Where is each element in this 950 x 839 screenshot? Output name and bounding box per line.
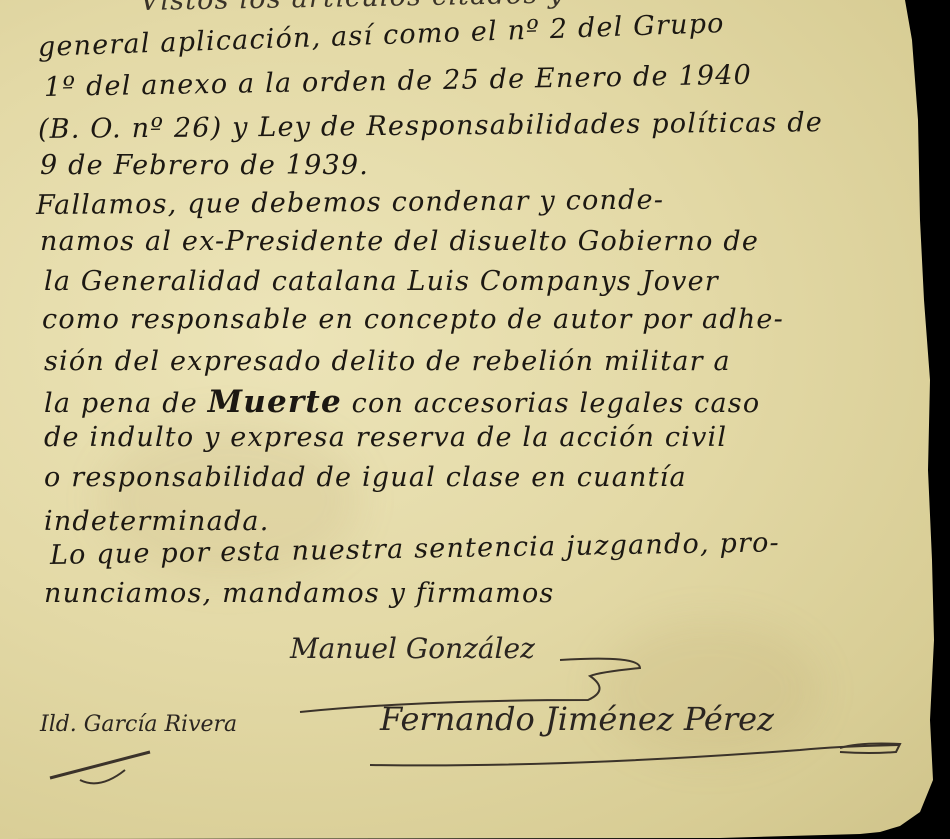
signature-bottom-right: Fernando Jiménez Pérez [380,700,774,738]
text-line-7: namos al ex-Presidente del disuelto Gobi… [40,226,759,257]
text-line-16: nunciamos, mandamos y firmamos [44,578,554,609]
signature-top: Manuel González [290,632,535,665]
text-line-13: o responsabilidad de igual clase en cuan… [44,462,687,493]
aged-paper-sheet: Vistos los artículos citados y general a… [0,0,950,839]
text-line-12: de indulto y expresa reserva de la acció… [44,422,727,453]
paper-stain [600,620,820,760]
text-line-6: Fallamos, que debemos condenar y conde- [36,185,664,221]
text-penalty-prefix: la pena de [44,388,198,419]
text-line-1: Vistos los artículos citados y [140,0,565,17]
text-line-10: sión del expresado delito de rebelión mi… [44,346,731,377]
signature-bottom-left: Ild. García Rivera [40,712,237,737]
text-line-3: 1º del anexo a la orden de 25 de Enero d… [44,60,753,103]
text-line-9: como responsable en concepto de autor po… [42,304,784,335]
text-death-sentence: Muerte [208,384,342,420]
text-line-11: la pena de Muerte con accesorias legales… [44,384,760,420]
text-penalty-suffix: con accesorias legales caso [352,388,761,419]
text-line-8: la Generalidad catalana Luis Companys Jo… [44,266,719,297]
text-line-4: (B. O. nº 26) y Ley de Responsabilidades… [38,107,823,145]
text-line-14: indeterminada. [44,506,270,537]
text-line-5: 9 de Febrero de 1939. [40,150,369,181]
